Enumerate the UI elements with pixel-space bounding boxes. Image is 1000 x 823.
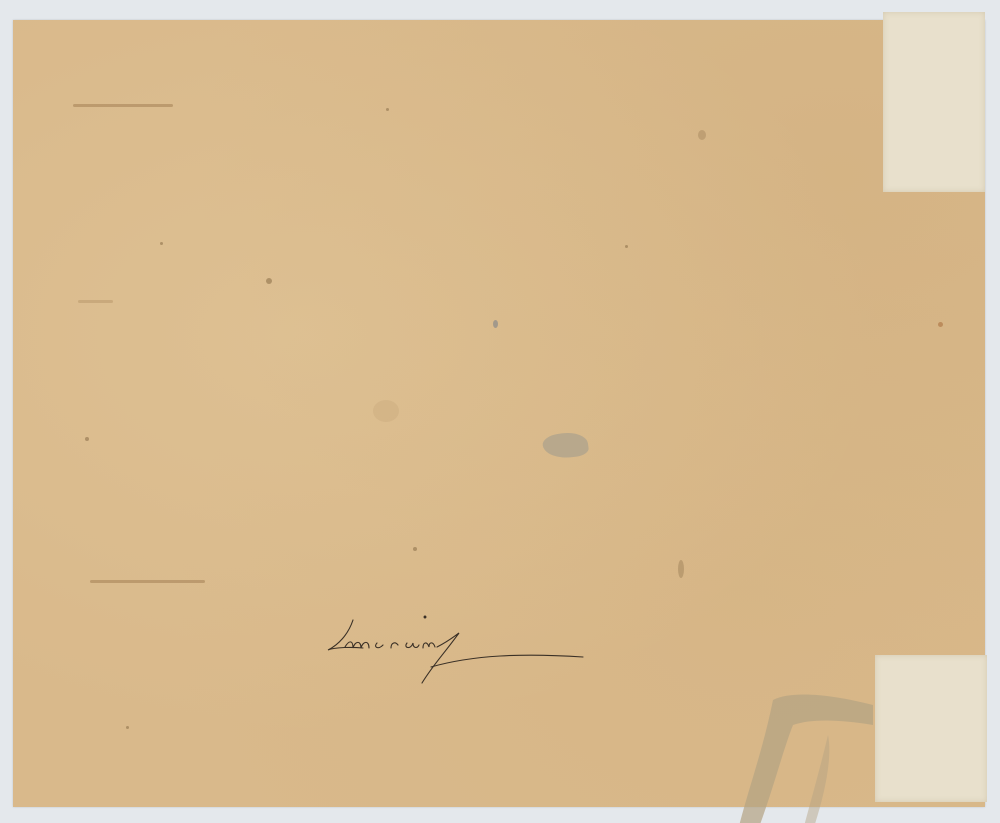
paper-streak: [90, 580, 205, 583]
foxing-spot: [413, 547, 417, 551]
center-stain: [541, 430, 589, 461]
foxing-spot: [493, 320, 498, 328]
handwritten-signature: [323, 605, 593, 690]
foxing-spot: [678, 560, 684, 578]
foxing-spot: [938, 322, 943, 327]
tape-bottom-right: [875, 655, 987, 802]
foxing-spot: [373, 400, 399, 422]
foxing-spot: [625, 245, 628, 248]
foxing-spot: [85, 437, 89, 441]
foxing-spot: [386, 108, 389, 111]
aged-paper-sheet: [13, 20, 985, 807]
tape-top-right: [883, 12, 985, 192]
paper-streak: [78, 300, 113, 303]
paper-streak: [73, 104, 173, 107]
water-stain: [733, 690, 883, 823]
foxing-spot: [266, 278, 272, 284]
foxing-spot: [126, 726, 129, 729]
foxing-spot: [160, 242, 163, 245]
foxing-spot: [698, 130, 706, 140]
